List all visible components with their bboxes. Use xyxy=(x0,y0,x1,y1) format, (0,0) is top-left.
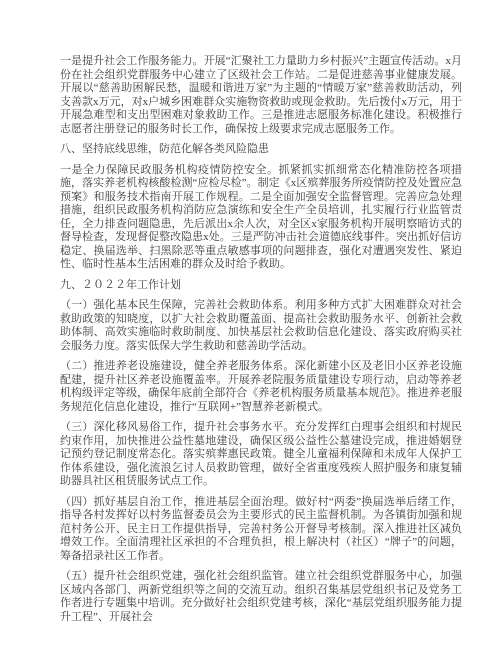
paragraph-epidemic-safety-risk: 一是全力保障民政服务机构疫情防控安全。抓紧抓实抓细常态化精准防控各项措施，落实养… xyxy=(60,164,462,272)
paragraph-plan-2-elderly-care-facilities: （二）推进养老设施建设，健全养老服务体系。深化新建小区及老旧小区养老设施配建，提… xyxy=(60,360,462,414)
heading-section-8-risk-prevention: 八、坚持底线思维，防范化解各类风险隐患 xyxy=(60,143,462,157)
paragraph-social-work-services: 一是提升社会工作服务能力。开展“汇聚社工力量助力乡村振兴”主题宣传活动。x月份在… xyxy=(60,55,462,136)
document-page: 一是提升社会工作服务能力。开展“汇聚社工力量助力乡村振兴”主题宣传活动。x月份在… xyxy=(0,0,500,647)
paragraph-plan-1-livelihood-security: （一）强化基本民生保障，完善社会救助体系。利用多种方式扩大困难群众对社会救助政策… xyxy=(60,299,462,353)
paragraph-plan-5-social-organization-party-building: （五）提升社会组织党建，强化社会组织监管。建立社会组织党群服务中心，加强区域内各… xyxy=(60,570,462,624)
heading-section-9-2022-work-plan: 九、２０２２年工作计划 xyxy=(60,279,462,293)
paragraph-plan-3-social-affairs: （三）深化移风易俗工作，提升社会事务水平。充分发挥红白理事会组织和村规民约束作用… xyxy=(60,421,462,489)
paragraph-plan-4-grassroots-governance: （四）抓好基层自治工作，推进基层全面治理。做好村“两委”换届选举后绪工作，指导各… xyxy=(60,496,462,564)
